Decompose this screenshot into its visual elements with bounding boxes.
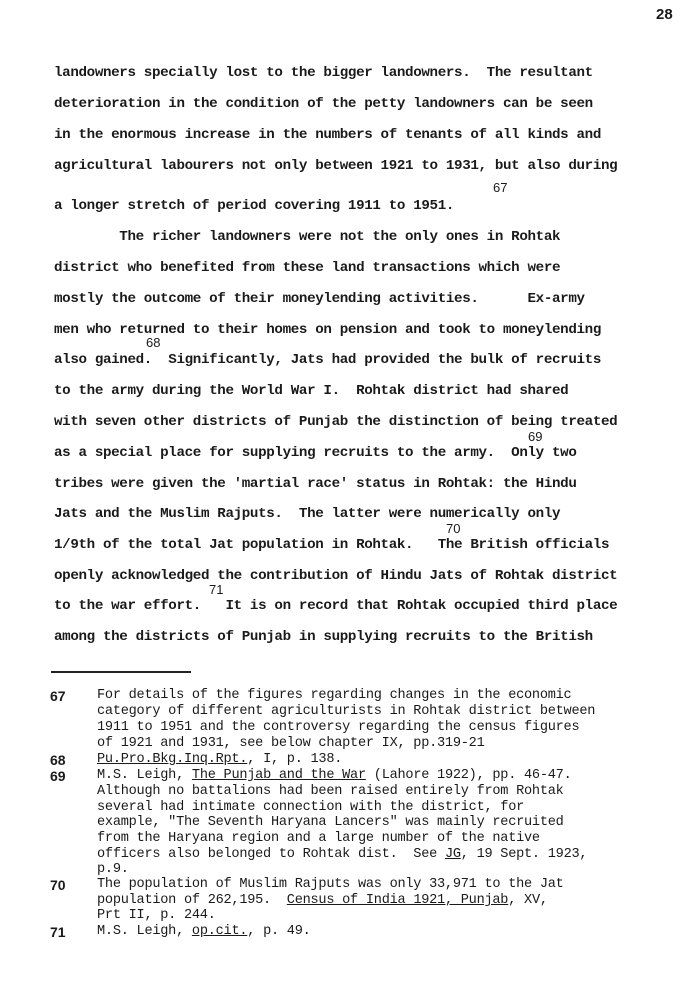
body-line: to the war effort. It is on record that … bbox=[54, 597, 617, 615]
body-line: also gained. Significantly, Jats had pro… bbox=[54, 351, 601, 369]
body-line: a longer stretch of period covering 1911… bbox=[54, 197, 454, 215]
footnote-line: Prt II, p. 244. bbox=[97, 908, 216, 924]
footnote-line: Although no battalions had been raised e… bbox=[97, 784, 564, 800]
body-line: district who benefited from these land t… bbox=[54, 259, 560, 277]
citation-underlined: op.cit. bbox=[192, 924, 247, 939]
body-line: mostly the outcome of their moneylending… bbox=[54, 290, 585, 308]
footnote-line: example, "The Seventh Haryana Lancers" w… bbox=[97, 815, 564, 831]
footnote-line: of 1921 and 1931, see below chapter IX, … bbox=[97, 736, 484, 752]
body-line: landowners specially lost to the bigger … bbox=[54, 64, 593, 82]
body-line: tribes were given the 'martial race' sta… bbox=[54, 475, 577, 493]
footnote-line: population of 262,195. Census of India 1… bbox=[97, 893, 548, 909]
footnote-text: (Lahore 1922), pp. 46-47. bbox=[366, 768, 572, 783]
body-line: among the districts of Punjab in supplyi… bbox=[54, 628, 593, 646]
footnote-ref-69: 69 bbox=[528, 430, 542, 443]
body-line: men who returned to their homes on pensi… bbox=[54, 321, 601, 339]
footnote-text: , XV, bbox=[508, 893, 548, 908]
footnote-number: 67 bbox=[50, 688, 66, 704]
footnote-number: 69 bbox=[50, 768, 66, 784]
footnote-text: , p. 49. bbox=[247, 924, 310, 939]
citation-underlined: Pu.Pro.Bkg.Inq.Rpt. bbox=[97, 752, 247, 767]
body-line: openly acknowledged the contribution of … bbox=[54, 567, 617, 585]
footnote-line: M.S. Leigh, The Punjab and the War (Laho… bbox=[97, 768, 571, 784]
footnote-ref-71: 71 bbox=[209, 583, 223, 596]
citation-underlined: The Punjab and the War bbox=[192, 768, 366, 783]
citation-underlined: JG bbox=[445, 847, 461, 862]
footnote-ref-68: 68 bbox=[146, 336, 160, 349]
footnote-number: 70 bbox=[50, 877, 66, 893]
body-line: deterioration in the condition of the pe… bbox=[54, 95, 593, 113]
footnote-text: M.S. Leigh, bbox=[97, 924, 192, 939]
footnote-text: , 19 Sept. 1923, bbox=[461, 847, 588, 862]
footnote-line: Pu.Pro.Bkg.Inq.Rpt., I, p. 138. bbox=[97, 752, 342, 768]
body-line: in the enormous increase in the numbers … bbox=[54, 126, 601, 144]
footnote-ref-70: 70 bbox=[446, 522, 460, 535]
footnote-line: M.S. Leigh, op.cit., p. 49. bbox=[97, 924, 311, 940]
body-line: agricultural labourers not only between … bbox=[54, 157, 617, 175]
body-line: The richer landowners were not the only … bbox=[54, 228, 560, 246]
body-line: to the army during the World War I. Roht… bbox=[54, 382, 568, 400]
citation-underlined: Census of India 1921, Punjab bbox=[287, 893, 508, 908]
footnote-ref-67: 67 bbox=[493, 181, 507, 194]
body-line: as a special place for supplying recruit… bbox=[54, 444, 577, 462]
footnote-text: officers also belonged to Rohtak dist. S… bbox=[97, 847, 445, 862]
footnote-line: officers also belonged to Rohtak dist. S… bbox=[97, 847, 587, 863]
footnote-number: 71 bbox=[50, 924, 66, 940]
footnote-line: from the Haryana region and a large numb… bbox=[97, 831, 540, 847]
footnote-line: p.9. bbox=[97, 862, 129, 878]
footnote-line: For details of the figures regarding cha… bbox=[97, 688, 571, 704]
body-line: 1/9th of the total Jat population in Roh… bbox=[54, 536, 609, 554]
footnote-line: The population of Muslim Rajputs was onl… bbox=[97, 877, 564, 893]
footnote-separator bbox=[51, 671, 191, 673]
page-number: 28 bbox=[656, 6, 673, 23]
footnote-line: 1911 to 1951 and the controversy regardi… bbox=[97, 720, 579, 736]
body-line: Jats and the Muslim Rajputs. The latter … bbox=[54, 505, 560, 523]
footnote-line: several had intimate connection with the… bbox=[97, 800, 524, 816]
footnote-text: , I, p. 138. bbox=[247, 752, 342, 767]
footnote-text: M.S. Leigh, bbox=[97, 768, 192, 783]
footnote-line: category of different agriculturists in … bbox=[97, 704, 595, 720]
footnote-text: population of 262,195. bbox=[97, 893, 287, 908]
footnote-number: 68 bbox=[50, 752, 66, 768]
